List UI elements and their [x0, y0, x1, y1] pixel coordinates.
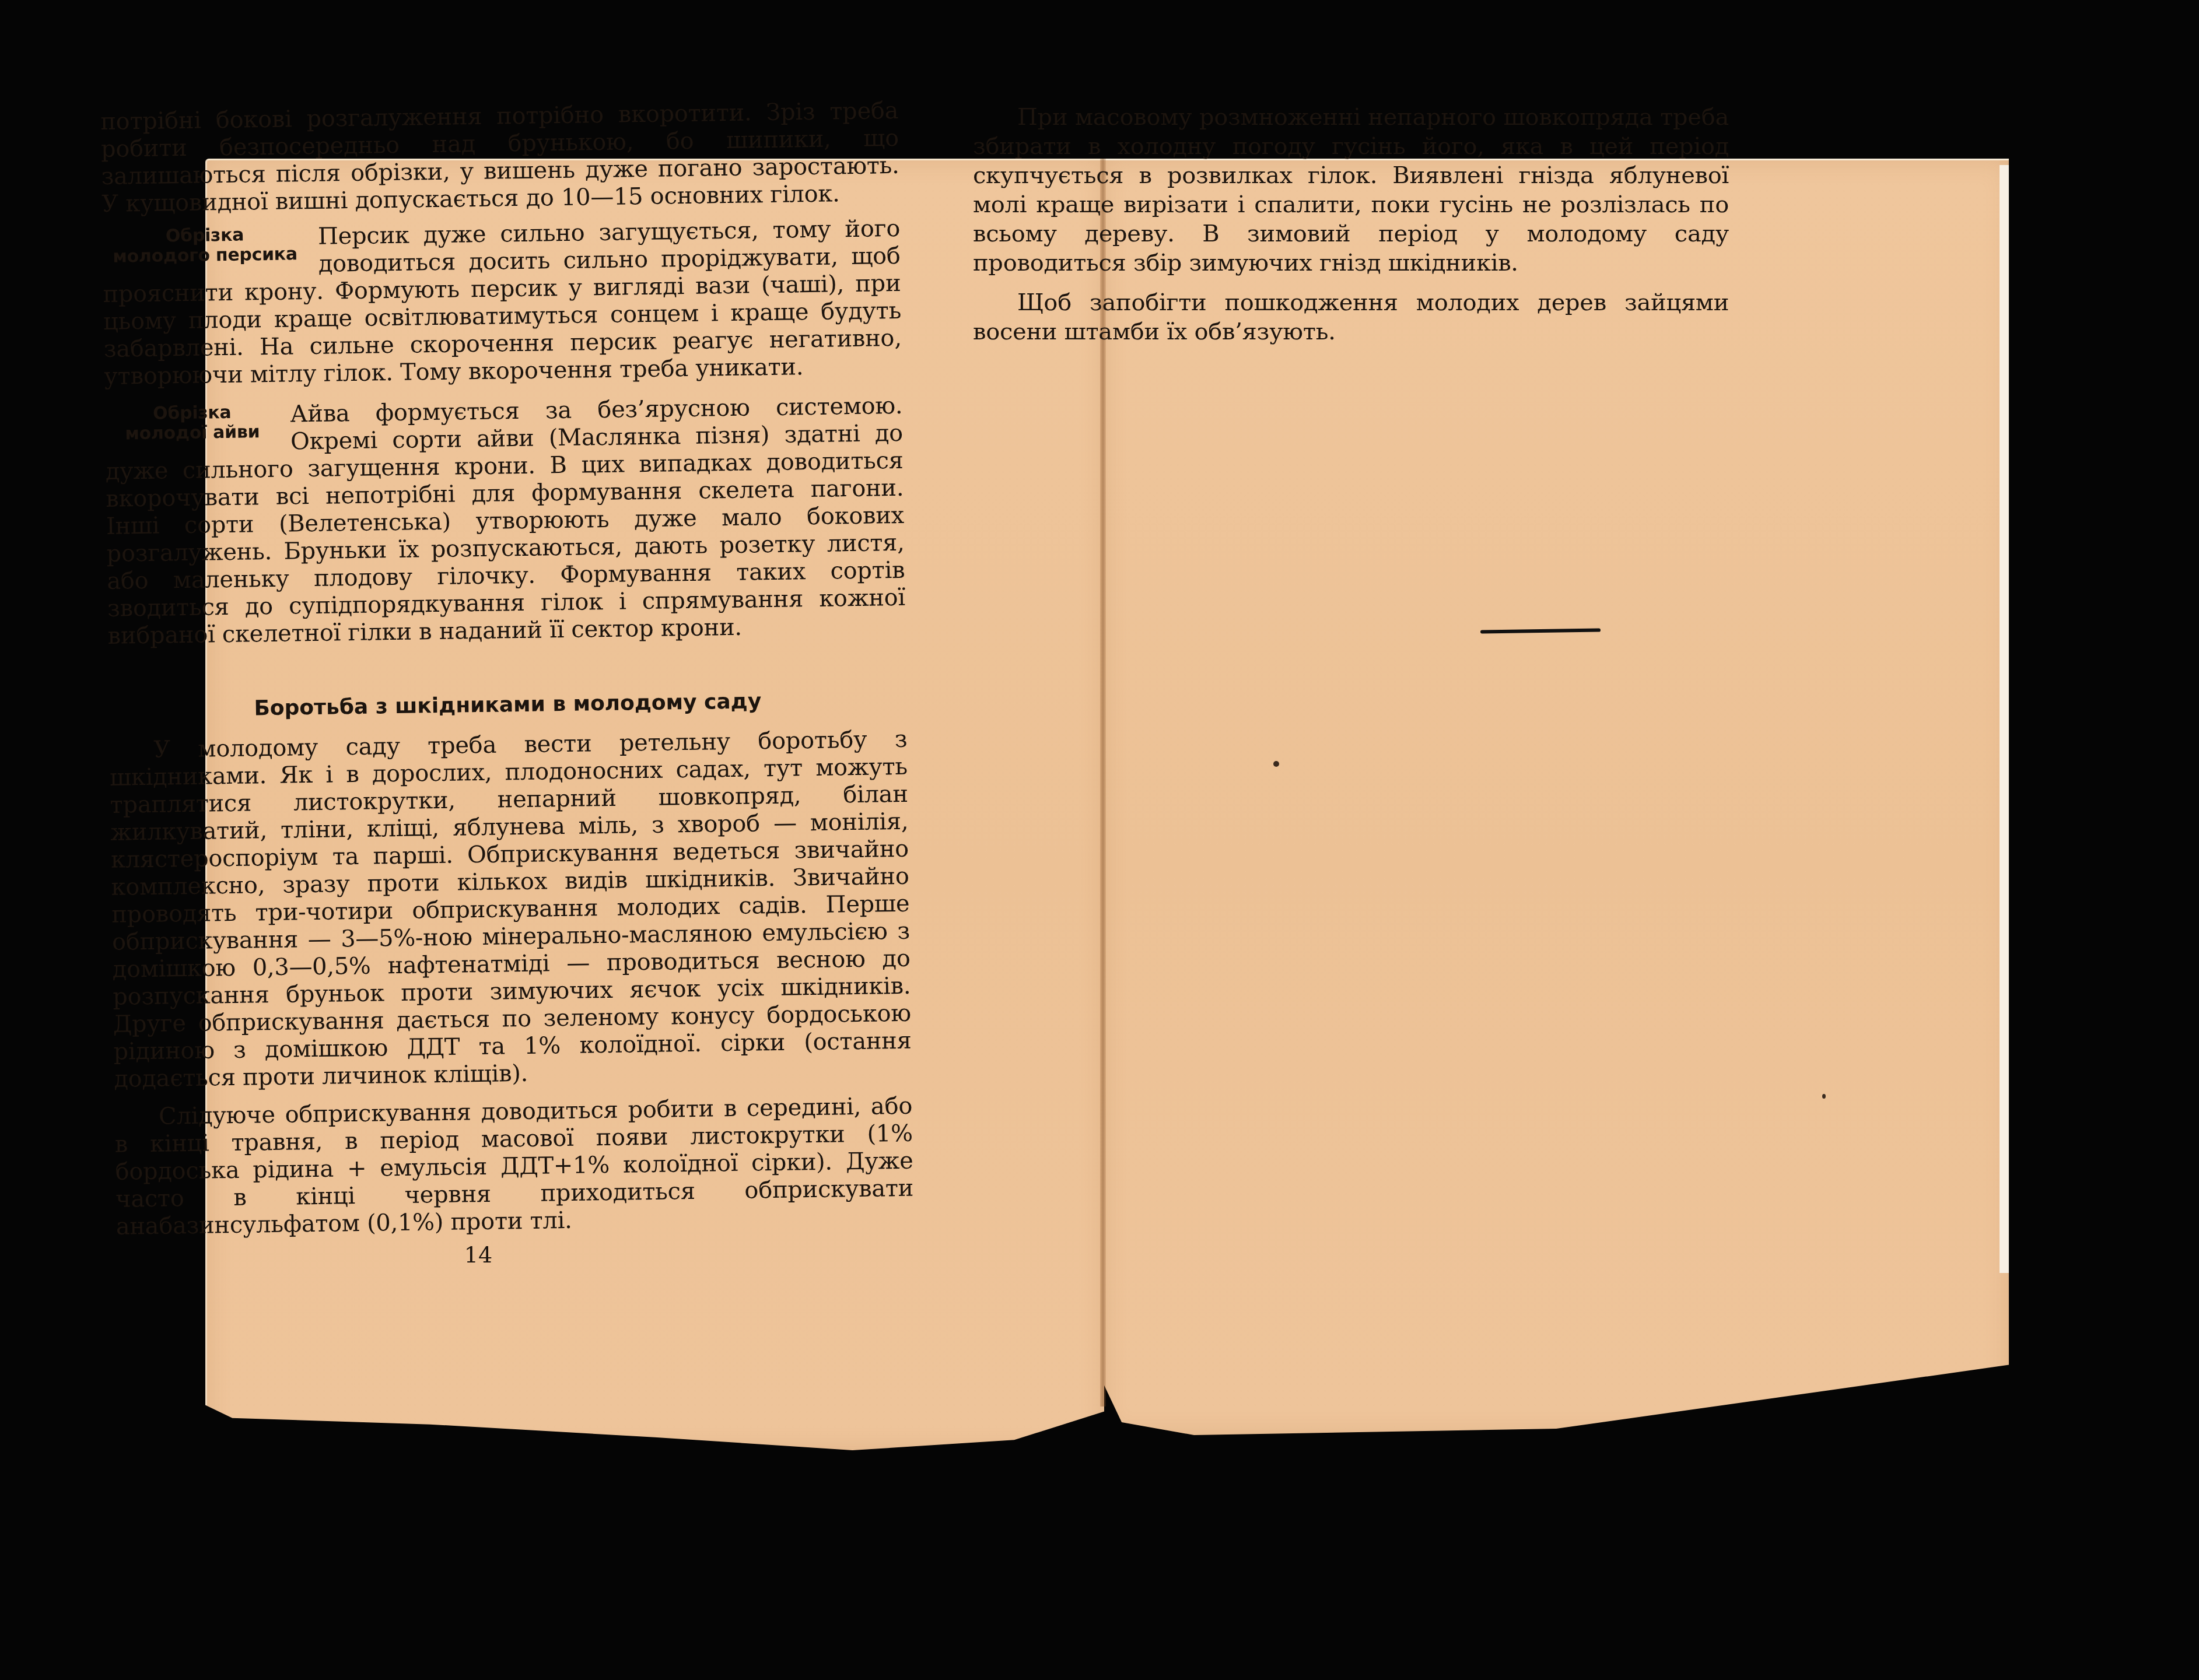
pest-control-paragraph-2: Слідуюче обприскування доводиться робити…	[114, 1093, 914, 1241]
hare-protection-paragraph: Щоб запобігти пошкодження молодих дерев …	[973, 288, 1729, 346]
paper-speck	[1822, 1094, 1826, 1099]
sidenote-quince-line2: молодої айви	[105, 422, 280, 444]
paper-speck	[1273, 761, 1279, 767]
right-page-text-column: При масовому розмноженні непарного шовко…	[973, 103, 1729, 346]
left-page-text-column: потрібні бокові розгалуження потрібно вк…	[100, 97, 914, 1241]
silkworm-paragraph: При масовому розмноженні непарного шовко…	[973, 103, 1729, 278]
right-page	[1104, 159, 2009, 1435]
sidenote-quince: Обрізка молодої айви	[104, 402, 280, 444]
sidenote-peach: Обрізка молодого персика	[102, 225, 308, 267]
section-heading-pest-control: Боротьба з шкідниками в молодому саду	[108, 686, 907, 724]
pest-control-paragraph-1: У молодому саду треба вести ретельну бор…	[109, 726, 912, 1093]
section-quince-pruning: Обрізка молодої айви Айва формується за …	[104, 392, 906, 650]
page-number: 14	[464, 1242, 492, 1268]
sidenote-peach-line2: молодого персика	[102, 244, 307, 267]
sidenote-quince-line1: Обрізка	[104, 402, 279, 425]
section-peach-pruning: Обрізка молодого персика Персик дуже сил…	[102, 215, 902, 391]
intro-paragraph: потрібні бокові розгалуження потрібно вк…	[100, 97, 899, 218]
